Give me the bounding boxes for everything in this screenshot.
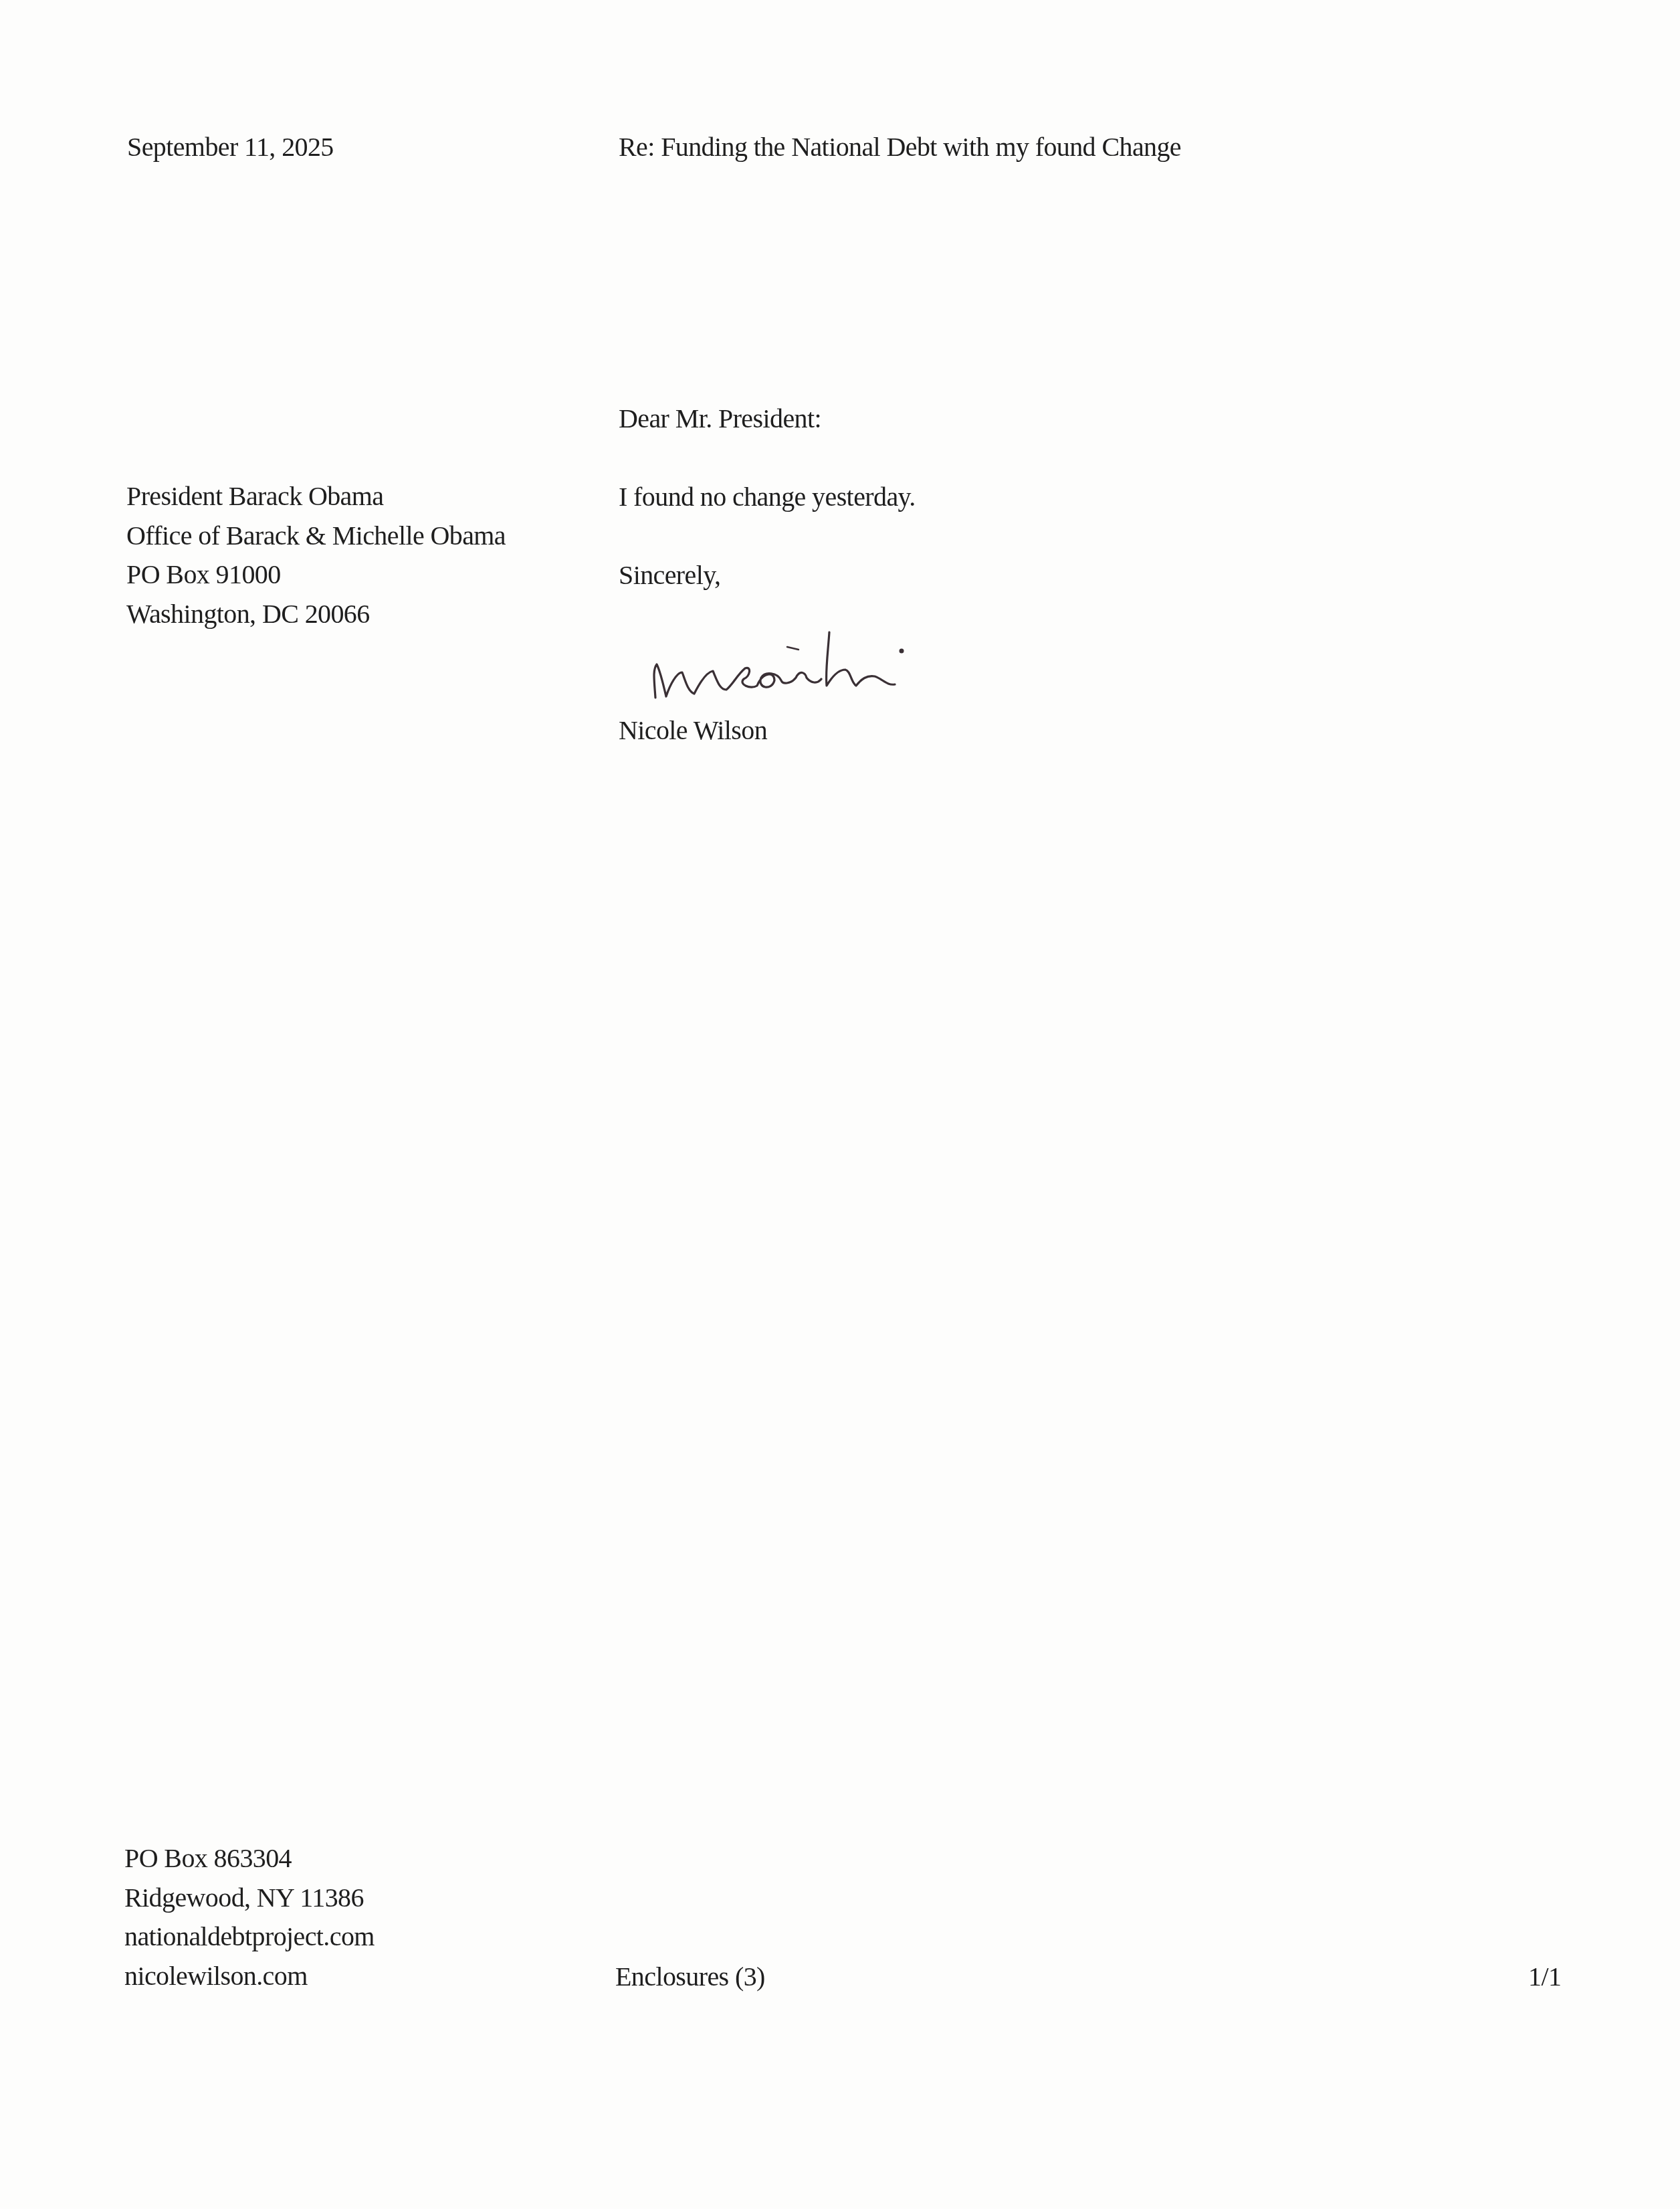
recipient-po-box: PO Box 91000 (126, 555, 506, 595)
sender-city: Ridgewood, NY 11386 (124, 1879, 375, 1918)
enclosures-note: Enclosures (3) (615, 1957, 765, 1996)
handwritten-signature-icon (650, 605, 984, 706)
recipient-address: President Barack Obama Office of Barack … (126, 477, 506, 634)
recipient-office: Office of Barack & Michelle Obama (126, 516, 506, 556)
sender-address: PO Box 863304 Ridgewood, NY 11386 nation… (124, 1839, 375, 1996)
salutation: Dear Mr. President: (619, 399, 821, 438)
recipient-name: President Barack Obama (126, 477, 506, 516)
sender-website-personal: nicolewilson.com (124, 1957, 375, 1996)
closing: Sincerely, (619, 555, 720, 595)
letter-subject: Re: Funding the National Debt with my fo… (619, 127, 1181, 167)
sender-po-box: PO Box 863304 (124, 1839, 375, 1879)
page-number: 1/1 (1528, 1957, 1561, 1996)
signer-name: Nicole Wilson (619, 710, 767, 750)
letter-date: September 11, 2025 (127, 127, 334, 167)
sender-website-project: nationaldebtproject.com (124, 1917, 375, 1957)
recipient-city: Washington, DC 20066 (126, 595, 506, 634)
letter-body: I found no change yesterday. (619, 477, 916, 516)
